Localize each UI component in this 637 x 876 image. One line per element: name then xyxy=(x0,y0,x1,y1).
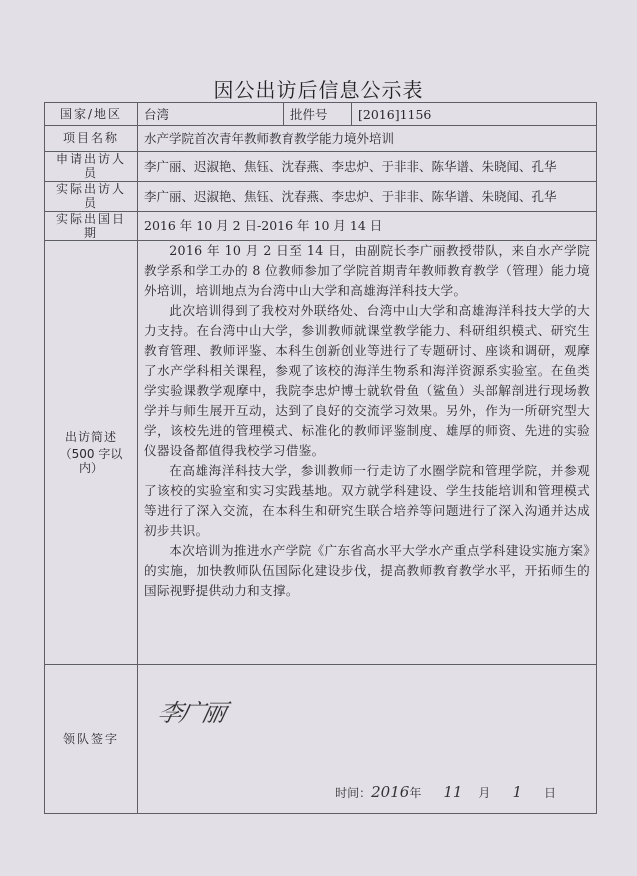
row-signature: 领队签字 李广丽 时间： 2016 年 11 月 1 日 xyxy=(45,665,597,814)
summary-label-cell: 出访简述 （500 字以内） xyxy=(45,241,138,665)
date-prefix: 时间： xyxy=(335,786,371,800)
actual-members-value: 李广丽、迟淑艳、焦钰、沈春燕、李忠炉、于非非、陈华谱、朱晓闻、孔华 xyxy=(138,181,597,211)
row-project: 项目名称 水产学院首次青年教师教育教学能力境外培训 xyxy=(45,126,597,152)
actual-members-label: 实际出访人员 xyxy=(45,181,138,211)
project-label: 项目名称 xyxy=(45,126,138,152)
row-country: 国家/地区 台湾 批件号 [2016]1156 xyxy=(45,103,597,126)
applicants-label: 申请出访人员 xyxy=(45,152,138,182)
date-day: 1 xyxy=(512,783,522,801)
date-month: 11 xyxy=(443,783,462,801)
country-value: 台湾 xyxy=(138,103,284,126)
signature-date: 时间： 2016 年 11 月 1 日 xyxy=(335,783,556,801)
disclosure-form-table: 国家/地区 台湾 批件号 [2016]1156 项目名称 水产学院首次青年教师教… xyxy=(44,102,597,814)
project-value: 水产学院首次青年教师教育教学能力境外培训 xyxy=(138,126,597,152)
summary-label: 出访简述 xyxy=(65,430,117,444)
summary-content: 2016 年 10 月 2 日至 14 日，由副院长李广丽教授带队，来自水产学院… xyxy=(138,241,597,665)
date-year: 2016 xyxy=(371,783,409,801)
signature-label: 领队签字 xyxy=(45,665,138,814)
row-actual-dates: 实际出国日期 2016 年 10 月 2 日-2016 年 10 月 14 日 xyxy=(45,211,597,241)
actual-dates-label: 实际出国日期 xyxy=(45,211,138,241)
signature-cell: 李广丽 时间： 2016 年 11 月 1 日 xyxy=(138,665,597,814)
country-label: 国家/地区 xyxy=(45,103,138,126)
summary-label-limit: （500 字以内） xyxy=(51,447,131,476)
approval-label: 批件号 xyxy=(284,103,352,126)
summary-paragraph: 本次培训为推进水产学院《广东省高水平大学水产重点学科建设实施方案》的实施，加快教… xyxy=(144,541,590,601)
summary-paragraph: 在高雄海洋科技大学，参训教师一行走访了水圈学院和管理学院，并参观了该校的实验室和… xyxy=(144,461,590,541)
row-actual-members: 实际出访人员 李广丽、迟淑艳、焦钰、沈春燕、李忠炉、于非非、陈华谱、朱晓闻、孔华 xyxy=(45,181,597,211)
date-month-unit: 月 xyxy=(478,786,490,800)
handwritten-signature: 李广丽 xyxy=(155,699,227,728)
row-summary: 出访简述 （500 字以内） 2016 年 10 月 2 日至 14 日，由副院… xyxy=(45,241,597,665)
summary-paragraph: 2016 年 10 月 2 日至 14 日，由副院长李广丽教授带队，来自水产学院… xyxy=(144,241,590,301)
summary-paragraph: 此次培训得到了我校对外联络处、台湾中山大学和高雄海洋科技大学的大力支持。在台湾中… xyxy=(144,301,590,461)
approval-number-value: [2016]1156 xyxy=(352,103,597,126)
date-day-unit: 日 xyxy=(544,786,556,800)
applicants-value: 李广丽、迟淑艳、焦钰、沈春燕、李忠炉、于非非、陈华谱、朱晓闻、孔华 xyxy=(138,152,597,182)
row-applicants: 申请出访人员 李广丽、迟淑艳、焦钰、沈春燕、李忠炉、于非非、陈华谱、朱晓闻、孔华 xyxy=(45,152,597,182)
actual-dates-value: 2016 年 10 月 2 日-2016 年 10 月 14 日 xyxy=(138,211,597,241)
date-year-unit: 年 xyxy=(409,786,421,800)
page-title: 因公出访后信息公示表 xyxy=(0,74,637,103)
